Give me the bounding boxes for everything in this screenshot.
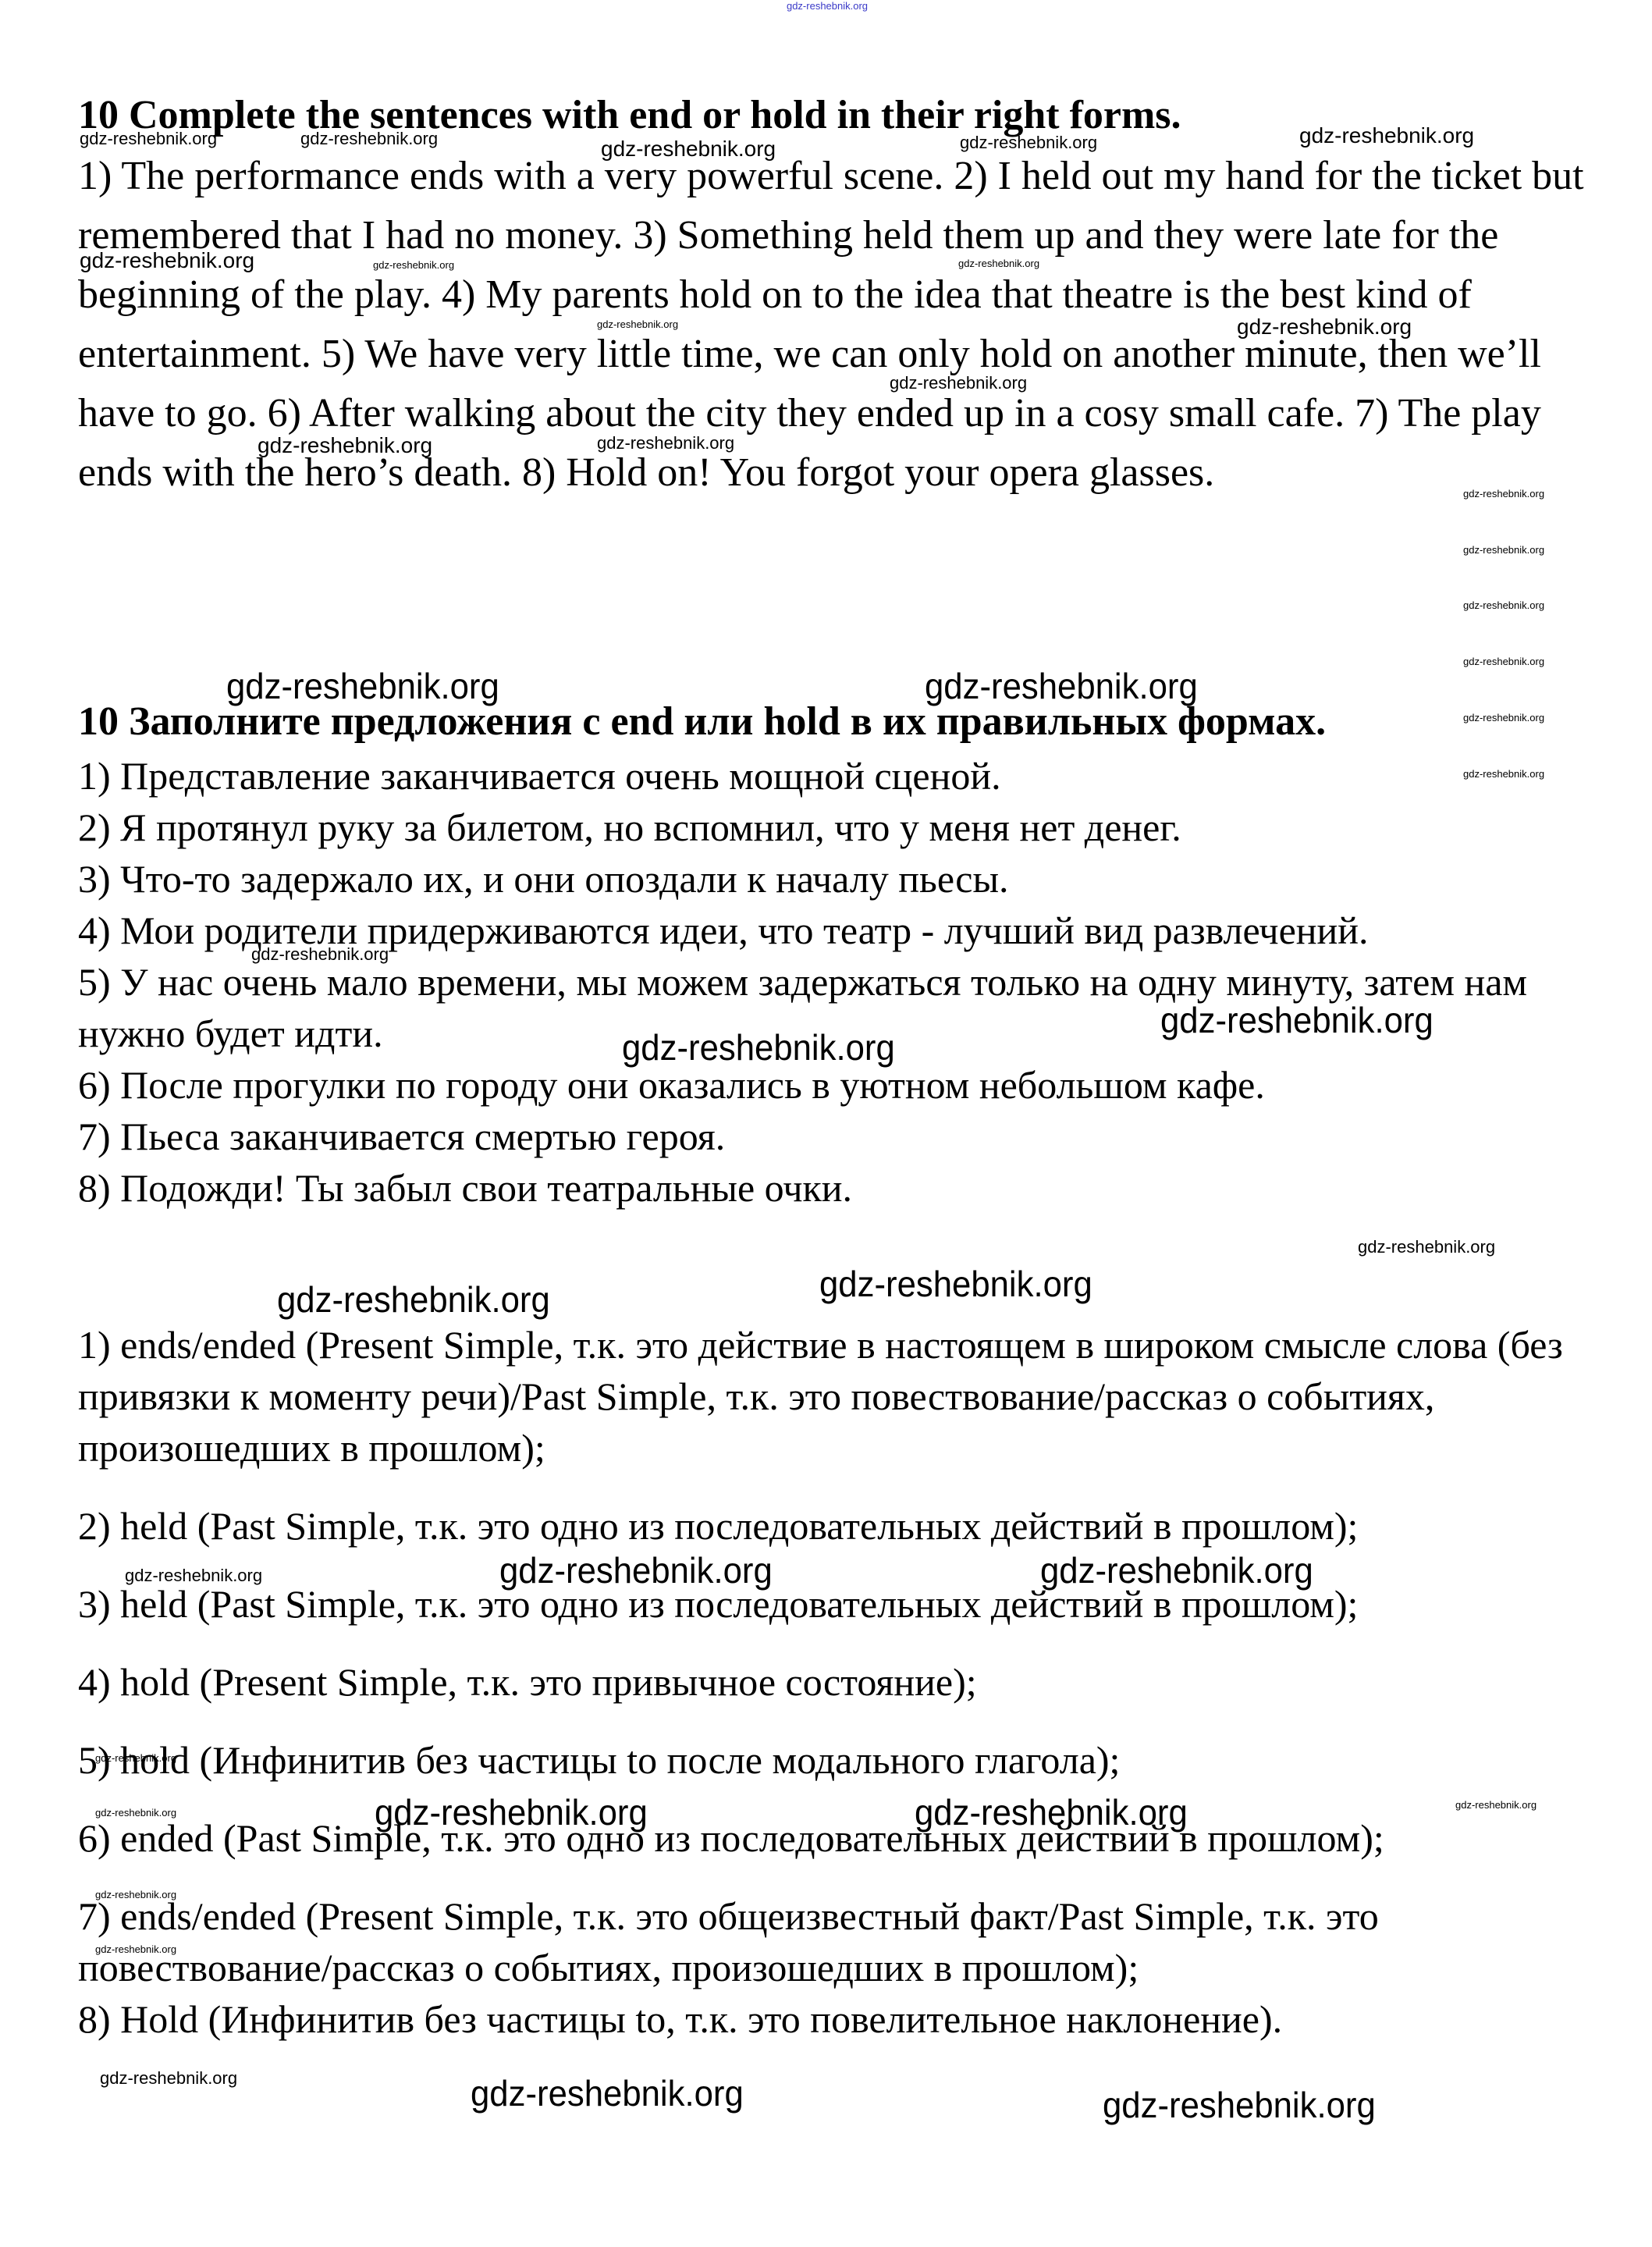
watermark: gdz-reshebnik.org <box>622 1026 895 1068</box>
watermark: gdz-reshebnik.org <box>226 665 499 707</box>
russian-item: 1) Представление заканчивается очень мощ… <box>78 750 1584 802</box>
watermark: gdz-reshebnik.org <box>1299 123 1474 148</box>
watermark: gdz-reshebnik.org <box>960 133 1097 153</box>
watermark: gdz-reshebnik.org <box>1463 544 1544 556</box>
watermark: gdz-reshebnik.org <box>95 1752 176 1764</box>
watermark: gdz-reshebnik.org <box>251 944 389 965</box>
watermark: gdz-reshebnik.org <box>95 1943 176 1955</box>
watermark: gdz-reshebnik.org <box>958 258 1039 269</box>
russian-list: 1) Представление заканчивается очень мощ… <box>78 750 1584 1214</box>
russian-item: 2) Я протянул руку за билетом, но вспомн… <box>78 802 1584 853</box>
watermark: gdz-reshebnik.org <box>601 137 776 162</box>
watermark: gdz-reshebnik.org <box>1463 656 1544 667</box>
watermark: gdz-reshebnik.org <box>1463 712 1544 724</box>
watermark: gdz-reshebnik.org <box>1463 488 1544 500</box>
watermark: gdz-reshebnik.org <box>1160 999 1434 1041</box>
watermark: gdz-reshebnik.org <box>80 248 254 273</box>
watermark: gdz-reshebnik.org <box>915 1791 1188 1833</box>
answer-item: 6) ended (Past Simple, т.к. это одно из … <box>78 1812 1584 1864</box>
watermark: gdz-reshebnik.org <box>300 129 438 149</box>
watermark: gdz-reshebnik.org <box>95 1889 176 1900</box>
top-watermark: gdz-reshebnik.org <box>769 0 886 12</box>
answers-section: 1) ends/ended (Present Simple, т.к. это … <box>78 1319 1584 2045</box>
watermark: gdz-reshebnik.org <box>277 1278 550 1321</box>
watermark: gdz-reshebnik.org <box>925 665 1198 707</box>
watermark: gdz-reshebnik.org <box>1237 315 1412 340</box>
watermark: gdz-reshebnik.org <box>1463 599 1544 611</box>
watermark: gdz-reshebnik.org <box>100 2068 237 2089</box>
watermark: gdz-reshebnik.org <box>819 1263 1092 1305</box>
answer-item: 4) hold (Present Simple, т.к. это привыч… <box>78 1656 1584 1708</box>
watermark: gdz-reshebnik.org <box>258 433 432 458</box>
russian-item: 8) Подожди! Ты забыл свои театральные оч… <box>78 1162 1584 1214</box>
answer-item: 8) Hold (Инфинитив без частицы to, т.к. … <box>78 1993 1584 2045</box>
answer-item: 7) ends/ended (Present Simple, т.к. это … <box>78 1890 1584 1993</box>
answer-item: 5) hold (Инфинитив без частицы to после … <box>78 1734 1584 1786</box>
watermark: gdz-reshebnik.org <box>125 1566 262 1586</box>
watermark: gdz-reshebnik.org <box>95 1807 176 1819</box>
watermark: gdz-reshebnik.org <box>1455 1799 1537 1811</box>
russian-item: 3) Что-то задержало их, и они опоздали к… <box>78 853 1584 905</box>
russian-item: 7) Пьеса заканчивается смертью героя. <box>78 1111 1584 1162</box>
watermark: gdz-reshebnik.org <box>375 1791 648 1833</box>
watermark: gdz-reshebnik.org <box>1463 768 1544 780</box>
watermark: gdz-reshebnik.org <box>597 318 678 330</box>
watermark: gdz-reshebnik.org <box>80 129 217 149</box>
watermark: gdz-reshebnik.org <box>1358 1237 1495 1257</box>
answer-item: 1) ends/ended (Present Simple, т.к. это … <box>78 1319 1584 1474</box>
watermark: gdz-reshebnik.org <box>597 433 734 453</box>
answer-item: 3) held (Past Simple, т.к. это одно из п… <box>78 1578 1584 1630</box>
watermark: gdz-reshebnik.org <box>1103 2084 1376 2126</box>
watermark: gdz-reshebnik.org <box>890 373 1027 393</box>
watermark: gdz-reshebnik.org <box>499 1549 773 1591</box>
watermark: gdz-reshebnik.org <box>471 2072 744 2114</box>
watermark: gdz-reshebnik.org <box>1040 1549 1313 1591</box>
answer-item: 2) held (Past Simple, т.к. это одно из п… <box>78 1500 1584 1552</box>
watermark: gdz-reshebnik.org <box>373 259 454 271</box>
